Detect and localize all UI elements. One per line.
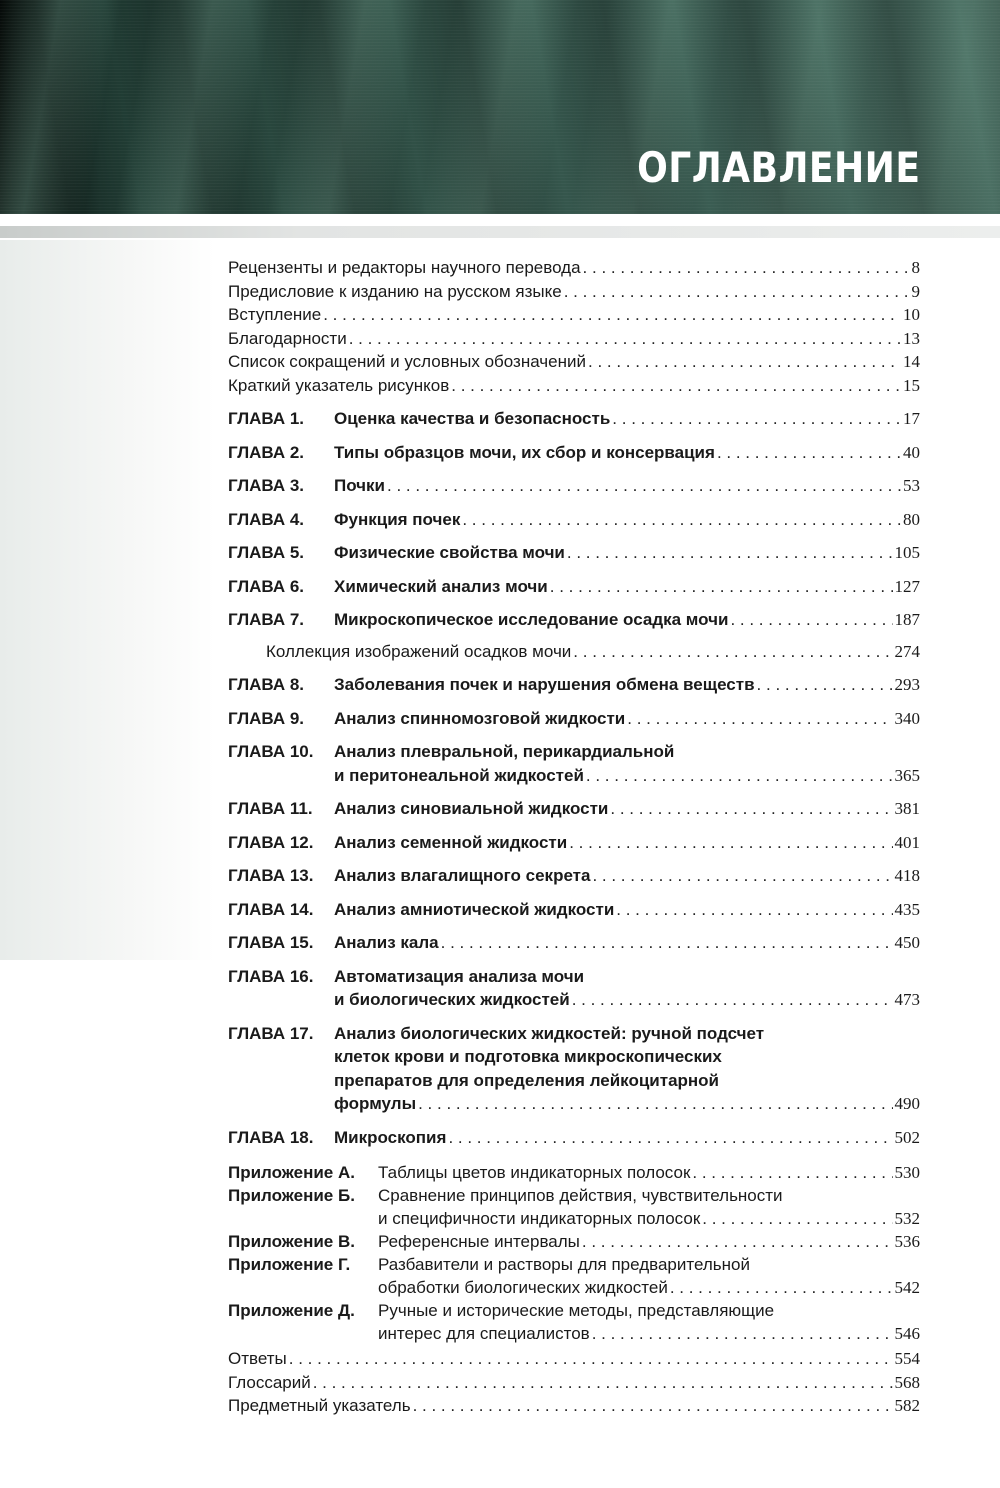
entry-title: Вступление	[228, 303, 321, 327]
chapters-list: ГЛАВА 1.Оценка качества и безопасность17…	[228, 407, 920, 1149]
entry-body: Сравнение принципов действия, чувствител…	[378, 1184, 920, 1230]
dot-leader	[550, 575, 893, 599]
entry-title: Анализ кала	[334, 931, 439, 955]
entry-line: Коллекция изображений осадков мочи274	[266, 640, 920, 664]
dot-leader	[289, 1347, 893, 1371]
entry-title: Микроскопия	[334, 1126, 446, 1150]
chapter-label: ГЛАВА 2.	[228, 441, 334, 465]
dot-leader	[592, 864, 892, 888]
appendix-entry[interactable]: Приложение А.Таблицы цветов индикаторных…	[228, 1161, 920, 1184]
page-number: 365	[895, 764, 921, 788]
page-number: 187	[895, 608, 921, 632]
chapter-label: ГЛАВА 14.	[228, 898, 334, 922]
entry-body: Почки53	[334, 474, 920, 498]
entry-title: Анализ амниотической жидкости	[334, 898, 614, 922]
page-title: ОГЛАВЛЕНИЕ	[637, 143, 920, 192]
entry-title: Функция почек	[334, 508, 460, 532]
entry-line: Химический анализ мочи127	[334, 575, 920, 599]
entry-line: и биологических жидкостей473	[334, 988, 920, 1012]
page-number: 381	[895, 797, 921, 821]
entry-body: Химический анализ мочи127	[334, 575, 920, 599]
entry-title: Сравнение принципов действия, чувствител…	[378, 1184, 783, 1207]
entry-line: клеток крови и подготовка микроскопическ…	[334, 1045, 920, 1069]
toc-entry[interactable]: Благодарности13	[228, 327, 920, 351]
entry-body: Референсные интервалы536	[378, 1230, 920, 1253]
chapter-entry[interactable]: ГЛАВА 16.Автоматизация анализа мочии био…	[228, 965, 920, 1012]
page-number: 274	[895, 640, 921, 664]
entry-line: Заболевания почек и нарушения обмена вещ…	[334, 673, 920, 697]
entry-title: Анализ спинномозговой жидкости	[334, 707, 625, 731]
page-number: 490	[895, 1092, 921, 1116]
entry-title: и специфичности индикаторных полосок	[378, 1207, 700, 1230]
entry-body: Функция почек80	[334, 508, 920, 532]
toc-entry[interactable]: Список сокращений и условных обозначений…	[228, 350, 920, 374]
entry-body: Анализ спинномозговой жидкости340	[334, 707, 920, 731]
dot-leader	[462, 508, 901, 532]
page-number: 546	[895, 1322, 921, 1345]
entry-line: Анализ амниотической жидкости435	[334, 898, 920, 922]
entry-line: и перитонеальной жидкостей365	[334, 764, 920, 788]
entry-title: Предисловие к изданию на русском языке	[228, 280, 562, 304]
dot-leader	[616, 898, 892, 922]
entry-body: Оценка качества и безопасность17	[334, 407, 920, 431]
toc-subentry[interactable]: Коллекция изображений осадков мочи274	[228, 640, 920, 664]
entry-line: Разбавители и растворы для предварительн…	[378, 1253, 920, 1276]
chapter-entry[interactable]: ГЛАВА 9.Анализ спинномозговой жидкости34…	[228, 707, 920, 731]
dot-leader	[717, 441, 901, 465]
entry-body: Микроскопическое исследование осадка моч…	[334, 608, 920, 632]
entry-line: Ручные и исторические методы, представля…	[378, 1299, 920, 1322]
dot-leader	[627, 707, 892, 731]
page-number: 450	[895, 931, 921, 955]
entry-title: интерес для специалистов	[378, 1322, 590, 1345]
page-number: 542	[895, 1276, 921, 1299]
entry-body: Анализ влагалищного секрета418	[334, 864, 920, 888]
dot-leader	[610, 797, 892, 821]
page-number: 401	[895, 831, 921, 855]
dot-leader	[692, 1161, 892, 1184]
chapter-label: ГЛАВА 10.	[228, 740, 334, 764]
dot-leader	[582, 1230, 893, 1253]
entry-body: Физические свойства мочи105	[334, 541, 920, 565]
entry-body: Анализ синовиальной жидкости381	[334, 797, 920, 821]
chapter-label: ГЛАВА 16.	[228, 965, 334, 989]
entry-title: Почки	[334, 474, 385, 498]
entry-title: Микроскопическое исследование осадка моч…	[334, 608, 728, 632]
dot-leader	[349, 327, 901, 351]
dot-leader	[451, 374, 901, 398]
toc-entry[interactable]: Рецензенты и редакторы научного перевода…	[228, 256, 920, 280]
chapter-entry[interactable]: ГЛАВА 5.Физические свойства мочи105	[228, 541, 920, 565]
entry-body: Разбавители и растворы для предварительн…	[378, 1253, 920, 1299]
entry-line: Анализ спинномозговой жидкости340	[334, 707, 920, 731]
entry-title: Благодарности	[228, 327, 347, 351]
page-number: 568	[895, 1371, 921, 1395]
appendix-entry[interactable]: Приложение Д.Ручные и исторические метод…	[228, 1299, 920, 1345]
page-number: 554	[895, 1347, 921, 1371]
dot-leader	[387, 474, 901, 498]
chapter-label: ГЛАВА 7.	[228, 608, 334, 632]
chapter-label: ГЛАВА 11.	[228, 797, 334, 821]
entry-title: Анализ биологических жидкостей: ручной п…	[334, 1022, 764, 1046]
entry-title: Референсные интервалы	[378, 1230, 580, 1253]
appendix-entry[interactable]: Приложение Б.Сравнение принципов действи…	[228, 1184, 920, 1230]
entry-title: Заболевания почек и нарушения обмена вещ…	[334, 673, 755, 697]
chapter-entry[interactable]: ГЛАВА 15.Анализ кала450	[228, 931, 920, 955]
entry-title: и биологических жидкостей	[334, 988, 570, 1012]
entry-title: Коллекция изображений осадков мочи	[266, 640, 571, 664]
entry-line: формулы490	[334, 1092, 920, 1116]
dot-leader	[757, 673, 893, 697]
page-number: 80	[903, 508, 920, 532]
entry-title: Краткий указатель рисунков	[228, 374, 449, 398]
page-number: 105	[895, 541, 921, 565]
entry-line: Функция почек80	[334, 508, 920, 532]
appendix-label: Приложение А.	[228, 1161, 378, 1184]
entry-title: Анализ влагалищного секрета	[334, 864, 590, 888]
dot-leader	[583, 256, 910, 280]
chapter-entry[interactable]: ГЛАВА 17.Анализ биологических жидкостей:…	[228, 1022, 920, 1116]
page-number: 536	[895, 1230, 921, 1253]
chapter-label: ГЛАВА 5.	[228, 541, 334, 565]
entry-line: Микроскопия502	[334, 1126, 920, 1150]
dot-leader	[573, 640, 892, 664]
dot-leader	[588, 350, 901, 374]
toc-entry[interactable]: Глоссарий568	[228, 1371, 920, 1395]
dot-leader	[441, 931, 893, 955]
entry-body: Анализ семенной жидкости401	[334, 831, 920, 855]
chapter-entry[interactable]: ГЛАВА 18.Микроскопия502	[228, 1126, 920, 1150]
entry-body: Коллекция изображений осадков мочи274	[266, 640, 920, 664]
appendix-entry[interactable]: Приложение Г.Разбавители и растворы для …	[228, 1253, 920, 1299]
entry-title: Анализ плевральной, перикардиальной	[334, 740, 674, 764]
page-number: 293	[895, 673, 921, 697]
entry-line: Автоматизация анализа мочи	[334, 965, 920, 989]
entry-title: Ручные и исторические методы, представля…	[378, 1299, 774, 1322]
dot-leader	[448, 1126, 892, 1150]
chapter-label: ГЛАВА 1.	[228, 407, 334, 431]
chapter-entry[interactable]: ГЛАВА 13.Анализ влагалищного секрета418	[228, 864, 920, 888]
entry-title: клеток крови и подготовка микроскопическ…	[334, 1045, 722, 1069]
entry-body: Анализ амниотической жидкости435	[334, 898, 920, 922]
entry-body: Анализ плевральной, перикардиальнойи пер…	[334, 740, 920, 787]
entry-title: Список сокращений и условных обозначений	[228, 350, 586, 374]
header-banner: ОГЛАВЛЕНИЕ	[0, 0, 1000, 214]
dot-leader	[612, 407, 901, 431]
chapter-entry[interactable]: ГЛАВА 2.Типы образцов мочи, их сбор и ко…	[228, 441, 920, 465]
entry-title: Таблицы цветов индикаторных полосок	[378, 1161, 690, 1184]
dot-leader	[567, 541, 893, 565]
chapter-entry[interactable]: ГЛАВА 8.Заболевания почек и нарушения об…	[228, 673, 920, 697]
chapter-entry[interactable]: ГЛАВА 7.Микроскопическое исследование ос…	[228, 608, 920, 632]
page-number: 13	[903, 327, 920, 351]
entry-title: Разбавители и растворы для предварительн…	[378, 1253, 750, 1276]
chapter-entry[interactable]: ГЛАВА 10.Анализ плевральной, перикардиал…	[228, 740, 920, 787]
chapter-entry[interactable]: ГЛАВА 6.Химический анализ мочи127	[228, 575, 920, 599]
entry-line: препаратов для определения лейкоцитарной	[334, 1069, 920, 1093]
entry-line: Анализ синовиальной жидкости381	[334, 797, 920, 821]
page-number: 40	[903, 441, 920, 465]
chapter-entry[interactable]: ГЛАВА 4.Функция почек80	[228, 508, 920, 532]
dot-leader	[702, 1207, 892, 1230]
entry-line: обработки биологических жидкостей542	[378, 1276, 920, 1299]
dot-leader	[418, 1092, 892, 1116]
chapter-label: ГЛАВА 3.	[228, 474, 334, 498]
entry-title: Типы образцов мочи, их сбор и консерваци…	[334, 441, 715, 465]
margin-bleed-through	[0, 240, 215, 960]
entry-line: Анализ семенной жидкости401	[334, 831, 920, 855]
chapter-entry[interactable]: ГЛАВА 1.Оценка качества и безопасность17	[228, 407, 920, 431]
entry-line: Сравнение принципов действия, чувствител…	[378, 1184, 920, 1207]
entry-line: Оценка качества и безопасность17	[334, 407, 920, 431]
entry-line: Физические свойства мочи105	[334, 541, 920, 565]
chapter-label: ГЛАВА 17.	[228, 1022, 334, 1046]
chapter-label: ГЛАВА 13.	[228, 864, 334, 888]
front-matter-list: Рецензенты и редакторы научного перевода…	[228, 256, 920, 397]
chapter-label: ГЛАВА 18.	[228, 1126, 334, 1150]
entry-body: Анализ биологических жидкостей: ручной п…	[334, 1022, 920, 1116]
dot-leader	[323, 303, 901, 327]
appendix-label: Приложение Г.	[228, 1253, 378, 1276]
dot-leader	[569, 831, 892, 855]
dot-leader	[313, 1371, 893, 1395]
page-number: 418	[895, 864, 921, 888]
appendix-label: Приложение Б.	[228, 1184, 378, 1207]
entry-body: Анализ кала450	[334, 931, 920, 955]
entry-line: Типы образцов мочи, их сбор и консерваци…	[334, 441, 920, 465]
page-number: 10	[903, 303, 920, 327]
entry-body: Типы образцов мочи, их сбор и консерваци…	[334, 441, 920, 465]
page-number: 53	[903, 474, 920, 498]
back-matter-list: Ответы554Глоссарий568Предметный указател…	[228, 1347, 920, 1418]
entry-line: Анализ биологических жидкостей: ручной п…	[334, 1022, 920, 1046]
entry-body: Микроскопия502	[334, 1126, 920, 1150]
toc-entry[interactable]: Краткий указатель рисунков15	[228, 374, 920, 398]
toc-entry[interactable]: Предисловие к изданию на русском языке9	[228, 280, 920, 304]
appendix-label: Приложение В.	[228, 1230, 378, 1253]
dot-leader	[564, 280, 910, 304]
toc-entry[interactable]: Предметный указатель582	[228, 1394, 920, 1418]
chapter-label: ГЛАВА 4.	[228, 508, 334, 532]
entry-title: Анализ семенной жидкости	[334, 831, 567, 855]
entry-title: Физические свойства мочи	[334, 541, 565, 565]
chapter-label: ГЛАВА 12.	[228, 831, 334, 855]
table-of-contents: Рецензенты и редакторы научного перевода…	[228, 256, 920, 1418]
page-number: 15	[903, 374, 920, 398]
chapter-label: ГЛАВА 9.	[228, 707, 334, 731]
appendix-label: Приложение Д.	[228, 1299, 378, 1322]
dot-leader	[413, 1394, 893, 1418]
page-number: 17	[903, 407, 920, 431]
entry-line: Анализ кала450	[334, 931, 920, 955]
page-number: 530	[895, 1161, 921, 1184]
entry-title: формулы	[334, 1092, 416, 1116]
chapter-entry[interactable]: ГЛАВА 12.Анализ семенной жидкости401	[228, 831, 920, 855]
entry-title: Химический анализ мочи	[334, 575, 548, 599]
dot-leader	[592, 1322, 893, 1345]
toc-entry[interactable]: Ответы554	[228, 1347, 920, 1371]
dot-leader	[572, 988, 893, 1012]
entry-body: Ручные и исторические методы, представля…	[378, 1299, 920, 1345]
entry-title: Предметный указатель	[228, 1394, 411, 1418]
entry-line: Анализ плевральной, перикардиальной	[334, 740, 920, 764]
entry-title: Ответы	[228, 1347, 287, 1371]
entry-title: Анализ синовиальной жидкости	[334, 797, 608, 821]
entry-title: Автоматизация анализа мочи	[334, 965, 584, 989]
dot-leader	[586, 764, 893, 788]
page-number: 473	[895, 988, 921, 1012]
header-divider	[0, 226, 1000, 238]
entry-body: Таблицы цветов индикаторных полосок530	[378, 1161, 920, 1184]
entry-title: обработки биологических жидкостей	[378, 1276, 668, 1299]
entry-title: препаратов для определения лейкоцитарной	[334, 1069, 719, 1093]
page-number: 14	[903, 350, 920, 374]
page-number: 9	[912, 280, 921, 304]
page-number: 582	[895, 1394, 921, 1418]
entry-title: Глоссарий	[228, 1371, 311, 1395]
chapter-label: ГЛАВА 15.	[228, 931, 334, 955]
chapter-label: ГЛАВА 8.	[228, 673, 334, 697]
entry-body: Автоматизация анализа мочии биологически…	[334, 965, 920, 1012]
chapter-entry[interactable]: ГЛАВА 3.Почки53	[228, 474, 920, 498]
chapter-label: ГЛАВА 6.	[228, 575, 334, 599]
entry-title: Рецензенты и редакторы научного перевода	[228, 256, 581, 280]
page-number: 8	[912, 256, 921, 280]
page-number: 435	[895, 898, 921, 922]
entry-line: интерес для специалистов546	[378, 1322, 920, 1345]
appendices-list: Приложение А.Таблицы цветов индикаторных…	[228, 1161, 920, 1345]
entry-line: Референсные интервалы536	[378, 1230, 920, 1253]
entry-body: Заболевания почек и нарушения обмена вещ…	[334, 673, 920, 697]
toc-entry[interactable]: Вступление10	[228, 303, 920, 327]
dot-leader	[670, 1276, 893, 1299]
chapter-entry[interactable]: ГЛАВА 14.Анализ амниотической жидкости43…	[228, 898, 920, 922]
entry-line: Таблицы цветов индикаторных полосок530	[378, 1161, 920, 1184]
page-number: 502	[895, 1126, 921, 1150]
appendix-entry[interactable]: Приложение В.Референсные интервалы536	[228, 1230, 920, 1253]
entry-line: Почки53	[334, 474, 920, 498]
chapter-entry[interactable]: ГЛАВА 11.Анализ синовиальной жидкости381	[228, 797, 920, 821]
entry-title: Оценка качества и безопасность	[334, 407, 610, 431]
entry-title: и перитонеальной жидкостей	[334, 764, 584, 788]
dot-leader	[730, 608, 892, 632]
entry-line: Анализ влагалищного секрета418	[334, 864, 920, 888]
entry-line: Микроскопическое исследование осадка моч…	[334, 608, 920, 632]
entry-line: и специфичности индикаторных полосок532	[378, 1207, 920, 1230]
page-number: 532	[895, 1207, 921, 1230]
page-number: 340	[895, 707, 921, 731]
page-number: 127	[895, 575, 921, 599]
